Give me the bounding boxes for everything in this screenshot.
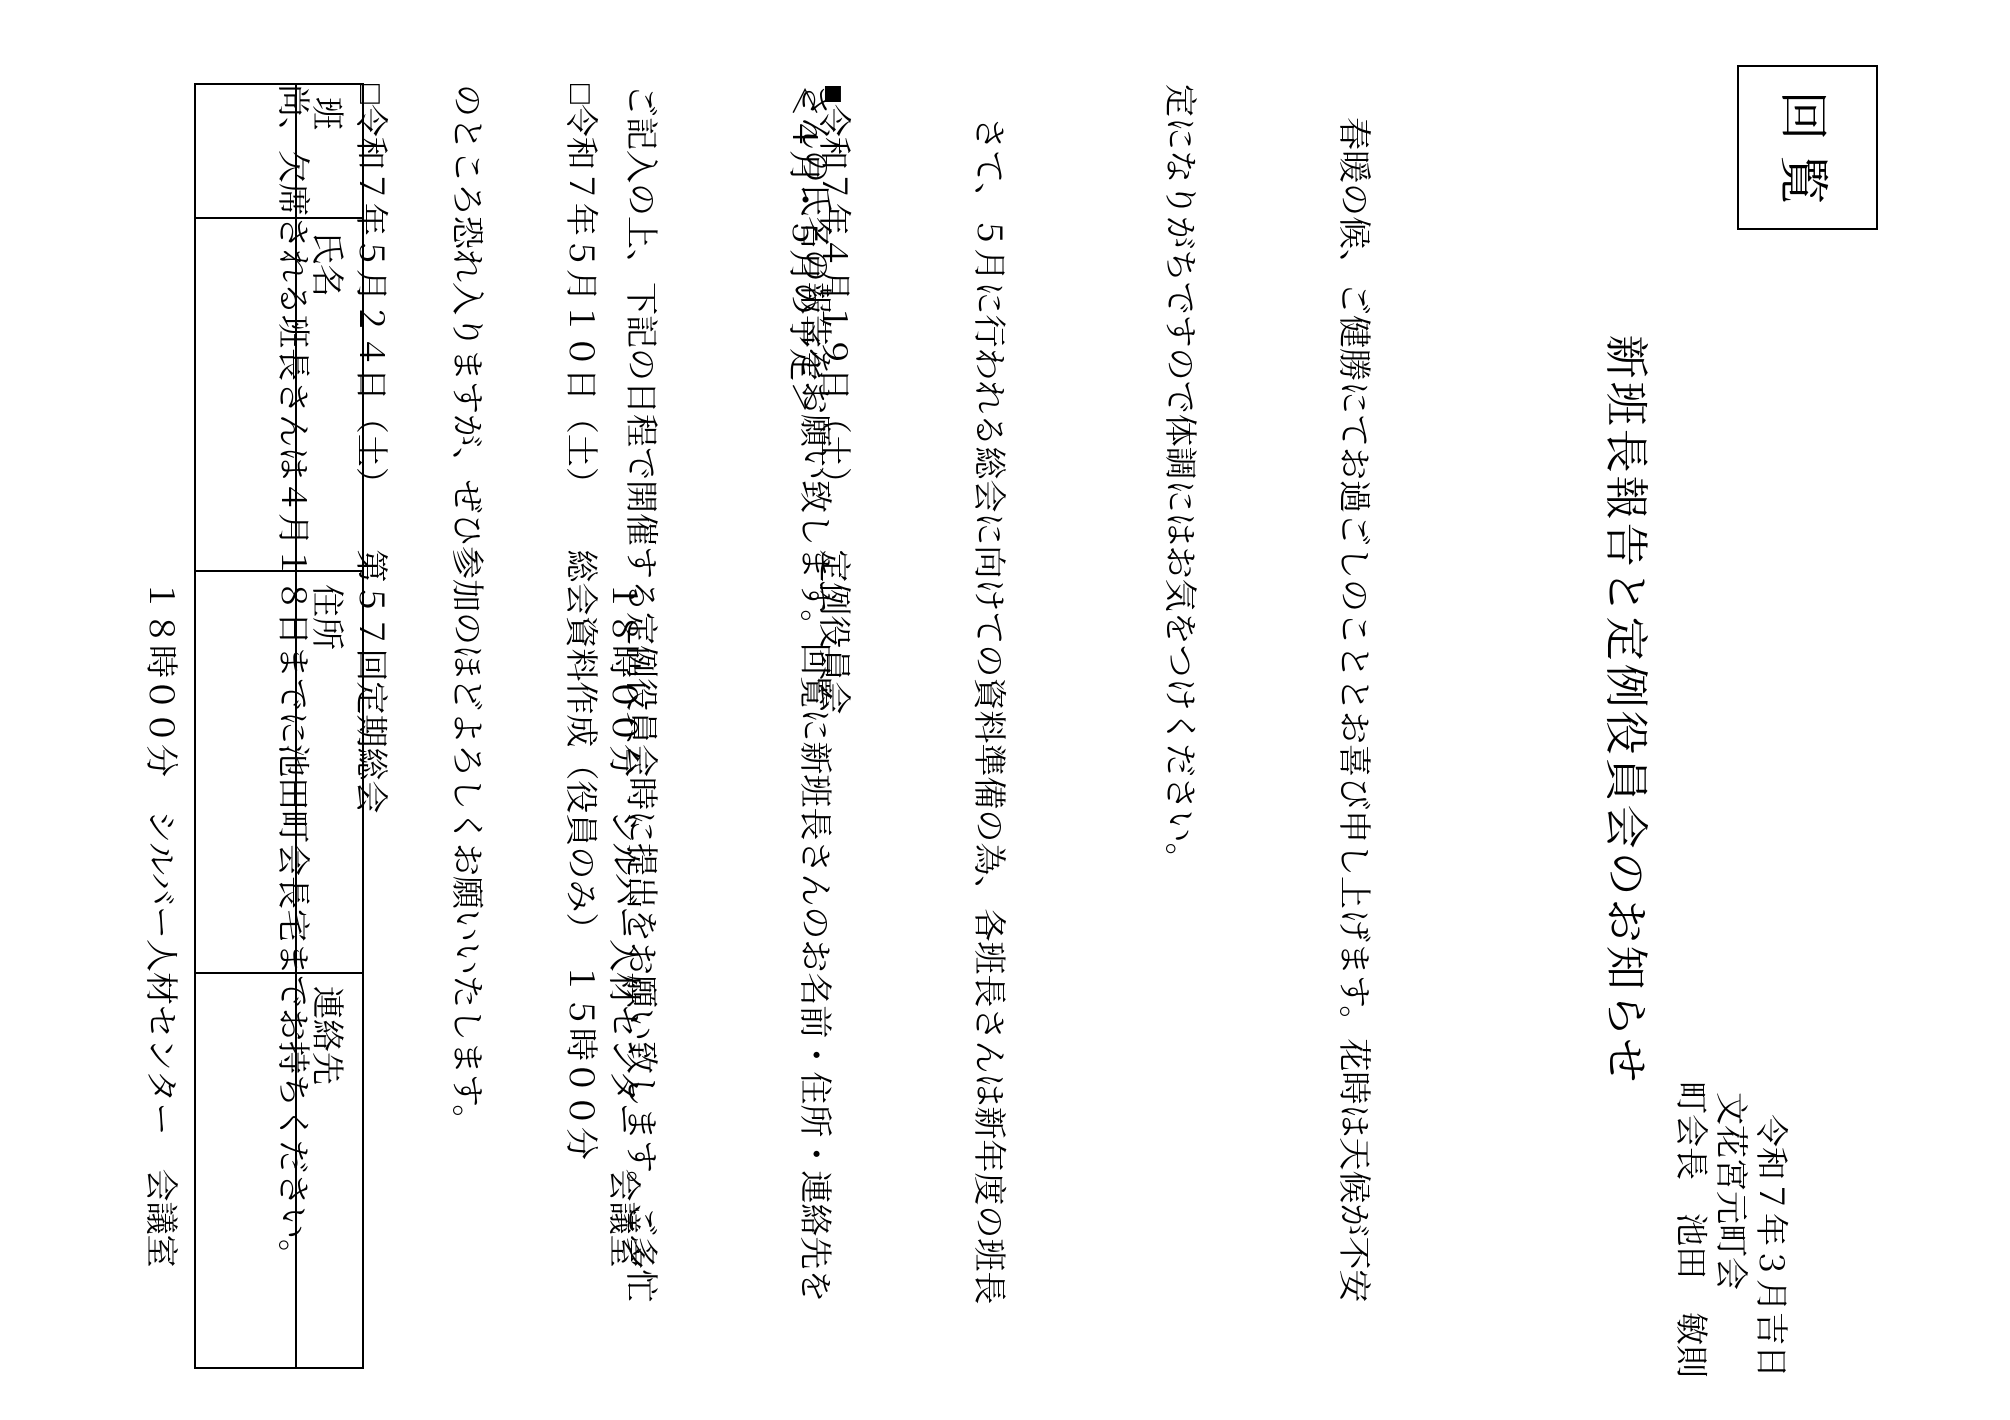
roster-cell-address xyxy=(195,571,296,973)
roster-data-row xyxy=(195,84,296,1368)
col-header-address: 住所 xyxy=(296,571,363,973)
circulation-stamp-label: 回覧 xyxy=(1772,77,1844,219)
col-header-contact: 連絡先 xyxy=(296,973,363,1368)
schedule-heading: ＜４月・５月の予定＞ xyxy=(780,84,825,414)
document-date: 令和７年３月吉日 xyxy=(1750,1114,1790,1378)
organization-name: 文花宮元町会 xyxy=(1710,1092,1750,1290)
body-line: 定になりがちですので体調にはお気をつけください。 xyxy=(1150,84,1208,1304)
document-page: 回覧 令和７年３月吉日 文花宮元町会 町会長 池田 敏則 新班長報告と定例役員会… xyxy=(0,0,2010,1420)
schedule-line: □令和７年５月１０日（土） 総会資料作成（役員のみ） １５時００分 xyxy=(545,84,615,1268)
president-name: 町会長 池田 敏則 xyxy=(1670,1081,1710,1378)
schedule-section: □令和７年５月１０日（土） 総会資料作成（役員のみ） １５時００分 □令和７年５… xyxy=(0,84,755,1268)
roster-table: 班 氏名 住所 連絡先 xyxy=(194,83,364,1369)
col-header-han: 班 xyxy=(296,84,363,218)
screenshot-canvas: 回覧 令和７年３月吉日 文花宮元町会 町会長 池田 敏則 新班長報告と定例役員会… xyxy=(0,0,2010,1420)
circulation-stamp-box: 回覧 xyxy=(1737,65,1878,230)
roster-header-row: 班 氏名 住所 連絡先 xyxy=(296,84,363,1368)
roster-cell-contact xyxy=(195,973,296,1368)
schedule-line: １８時００分 シルバー人材センター 会議室 xyxy=(125,84,195,1268)
roster-cell-name xyxy=(195,218,296,571)
roster-cell-han xyxy=(195,84,296,218)
body-line: 春暖の候、ご健勝にてお過ごしのこととお喜び申し上げます。花時は天候が不安 xyxy=(1324,84,1382,1304)
col-header-name: 氏名 xyxy=(296,218,363,571)
document-title: 新班長報告と定例役員会のお知らせ xyxy=(1598,0,1662,1420)
